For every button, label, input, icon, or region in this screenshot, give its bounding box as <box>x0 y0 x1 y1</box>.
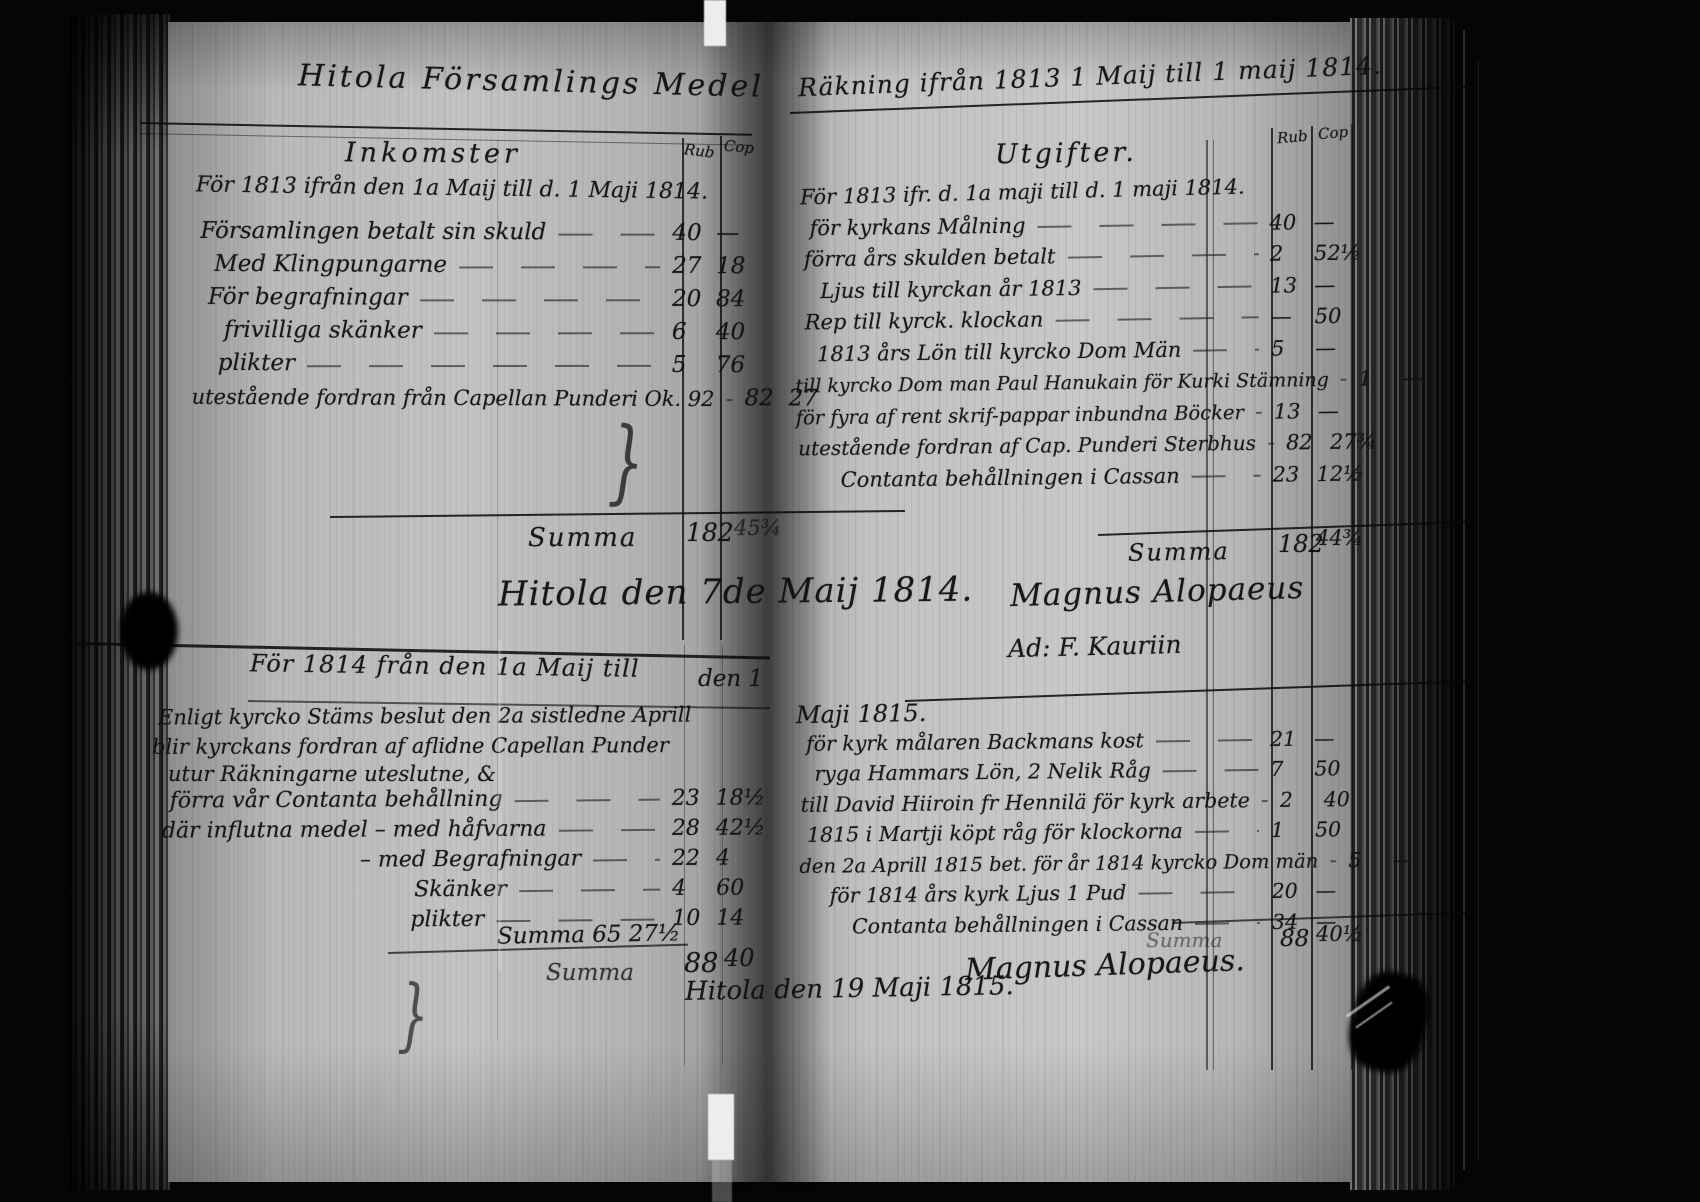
paper-fold-highlight <box>498 640 501 970</box>
entry-rubles: 13 <box>1268 399 1312 424</box>
entry-rubles: 23 <box>666 786 710 811</box>
entry-label: förra års skulden betalt <box>804 244 1056 271</box>
period-1814-cont: den 1 <box>698 666 763 692</box>
entry-rubles: 20 <box>666 286 710 312</box>
income-summa-rubles: 182 <box>686 518 734 547</box>
signature-kauriin: Ad: F. Kauriin <box>1008 630 1182 663</box>
entry-label: ryga Hammars Lön, 2 Nelik Råg <box>814 758 1151 786</box>
entry-kopeks: 50 <box>1308 304 1360 329</box>
dash-leader <box>1067 253 1258 258</box>
kopeks-column-header-right: Cop <box>1317 123 1349 144</box>
dash-leader <box>1195 830 1259 833</box>
entry-kopeks: 84 <box>710 286 762 312</box>
entry-kopeks: — <box>1309 335 1361 360</box>
ledger-row: Skänker460 <box>162 870 762 903</box>
entry-label: För begrafningar <box>208 284 408 311</box>
entry-kopeks: 42½ <box>710 815 762 840</box>
ink-blot-left-edge <box>120 592 178 670</box>
grouping-brace-lower: } <box>397 967 430 1063</box>
entry-kopeks: 18½ <box>710 785 762 810</box>
ledger-row: utestående fordran från Capellan Punderi… <box>178 376 762 412</box>
rubles-column-header-left: Rub <box>683 140 716 162</box>
grouping-brace-upper: } <box>607 407 645 517</box>
dash-leader <box>727 399 733 401</box>
film-sprocket-bottom <box>708 1094 734 1160</box>
ledger-row: Församlingen betalt sin skuld40— <box>178 211 762 247</box>
entry-label: för kyrkans Målning <box>809 213 1025 240</box>
entry-label: för 1814 års kyrk Ljus 1 Pud <box>830 880 1127 907</box>
entry-rubles: 82 <box>1280 430 1324 455</box>
income-rows-1814: förra vår Contanta behållning2318½där in… <box>162 780 763 933</box>
film-streak <box>1463 30 1465 1170</box>
entry-rubles: 82 <box>738 385 782 411</box>
rubles-column-header-right: Rub <box>1276 127 1308 148</box>
entry-kopeks: 14 <box>710 905 762 930</box>
dateline-1815: Hitola den 19 Maji 1815. <box>685 971 1014 1007</box>
expenses-heading: Utgifter. <box>995 137 1137 170</box>
entry-rubles: 4 <box>666 876 710 901</box>
note-line-2: blir kyrckans fordran af aflidne Capella… <box>152 733 669 759</box>
entry-kopeks: — <box>1307 209 1359 234</box>
entry-label: plikter <box>410 907 484 932</box>
entry-kopeks: — <box>710 220 762 246</box>
dash-leader <box>1268 443 1274 445</box>
dash-leader <box>519 889 660 892</box>
film-streak <box>1478 60 1479 1160</box>
expense-rows-1815: för kyrk målaren Backmans kost21—ryga Ha… <box>794 719 1362 938</box>
expenses-summa-label: Summa <box>1128 537 1230 567</box>
entry-label: förra vår Contanta behållning <box>170 787 503 814</box>
entry-rubles: 40 <box>1263 210 1307 235</box>
entry-label: Skänker <box>414 877 507 902</box>
entry-rubles: 2 <box>1264 241 1308 266</box>
income-heading: Inkomster <box>345 137 521 170</box>
ledger-row: – med Begrafningar224 <box>162 840 762 873</box>
dash-leader <box>1330 860 1336 862</box>
entry-label: plikter <box>218 350 295 376</box>
entry-kopeks: — <box>1386 847 1438 872</box>
entry-label: frivilliga skänker <box>224 317 422 344</box>
entry-rubles: 6 <box>666 319 710 345</box>
ledger-row: För begrafningar2084 <box>178 277 762 313</box>
entry-label: utestående fordran från Capellan Punderi… <box>192 385 715 411</box>
entry-kopeks: 76 <box>710 352 762 378</box>
income-rows-1813: Församlingen betalt sin skuld40—Med Klin… <box>178 211 763 412</box>
entry-label: Contanta behållningen i Cassan <box>840 463 1179 491</box>
entry-rubles: — <box>1265 304 1309 329</box>
income-summa-kopeks-1814: 40 <box>724 944 755 972</box>
ledger-row: Med Klingpungarne2718 <box>178 244 762 280</box>
entry-label: – med Begrafningar <box>360 846 581 872</box>
kopeks-column-header-left: Cop <box>723 137 755 158</box>
entry-rubles: 23 <box>1266 462 1310 487</box>
entry-label: Ljus till kyrckan år 1813 <box>820 275 1081 302</box>
entry-label: Församlingen betalt sin skuld <box>200 218 546 246</box>
dash-leader <box>420 299 660 301</box>
entry-rubles: 21 <box>1264 726 1308 750</box>
dateline-1814: Hitola den 7de Maij 1814. <box>498 570 974 615</box>
expenses-summa-kopeks-1815: 40½ <box>1316 922 1363 946</box>
entry-kopeks: 40 <box>1318 786 1370 811</box>
entry-kopeks: 18 <box>710 253 762 279</box>
entry-rubles: 40 <box>666 220 710 246</box>
dash-leader <box>1256 411 1262 413</box>
entry-kopeks: 52½ <box>1308 241 1360 266</box>
entry-rubles: 2 <box>1274 787 1318 811</box>
dash-leader <box>307 365 660 367</box>
entry-label: Rep till kyrck. klockan <box>805 307 1044 334</box>
entry-rubles: 20 <box>1266 879 1310 903</box>
entry-kopeks: 27¾ <box>1324 429 1376 454</box>
entry-label: Contanta behållningen i Cassan <box>852 910 1183 937</box>
entry-label: där influtna medel – med håfvarna <box>162 817 547 844</box>
entry-label: för kyrk målaren Backmans kost <box>806 728 1144 756</box>
entry-rubles: 22 <box>666 846 710 871</box>
dash-leader <box>1192 474 1261 477</box>
dash-leader <box>1037 222 1257 228</box>
entry-kopeks: — <box>1312 398 1364 423</box>
film-sprocket-bottom-tail <box>712 1160 732 1202</box>
entry-kopeks: — <box>1308 726 1360 751</box>
period-1814: För 1814 från den 1a Maij till <box>250 649 640 682</box>
expenses-summa-rubles-1815: 88 <box>1280 926 1309 952</box>
income-summa-kopeks: 45¾ <box>734 516 781 540</box>
dash-leader <box>1156 738 1258 742</box>
dash-leader <box>558 234 660 236</box>
entry-rubles: 5 <box>1265 336 1309 361</box>
entry-kopeks: — <box>1310 878 1362 903</box>
entry-rubles: 28 <box>666 816 710 841</box>
dash-leader <box>1055 316 1258 322</box>
ledger-row: plikter576 <box>178 343 762 379</box>
entry-kopeks: 60 <box>710 875 762 900</box>
dash-leader <box>459 266 660 268</box>
dash-leader <box>1138 891 1259 895</box>
entry-kopeks: 50 <box>1309 817 1361 842</box>
ledger-row: frivilliga skänker640 <box>178 310 762 346</box>
entry-kopeks: 40 <box>710 319 762 345</box>
dash-leader <box>593 859 660 862</box>
dash-leader <box>1262 799 1268 801</box>
entry-kopeks: — <box>1397 365 1449 390</box>
income-summa-rubles-1814: 88 <box>684 948 718 979</box>
ledger-row: där influtna medel – med håfvarna2842½ <box>162 810 762 843</box>
entry-rubles: 1 <box>1265 818 1309 842</box>
ledger-row: förra vår Contanta behållning2318½ <box>162 780 762 813</box>
entry-rubles: 5 <box>1342 847 1386 871</box>
entry-rubles: 7 <box>1264 757 1308 781</box>
entry-kopeks: 12½ <box>1310 461 1362 486</box>
dash-leader <box>515 799 660 803</box>
note-line-1: Enligt kyrcko Stäms beslut den 2a sistle… <box>158 703 691 730</box>
entry-rubles: 5 <box>666 352 710 378</box>
expenses-summa-kopeks: 44¾ <box>1316 526 1363 550</box>
entry-rubles: 13 <box>1264 273 1308 298</box>
dash-leader <box>1341 379 1347 381</box>
dash-leader <box>1163 769 1259 773</box>
entry-kopeks: 4 <box>710 845 762 870</box>
income-summa-label-1814: Summa <box>546 960 634 986</box>
ledger-photo-frame: Hitola Församlings Medel Räkning ifrån 1… <box>0 0 1700 1202</box>
dash-leader <box>558 829 659 832</box>
dash-leader <box>434 332 660 334</box>
entry-rubles: 27 <box>666 253 710 279</box>
entry-kopeks: 50 <box>1308 756 1360 781</box>
entry-label: Med Klingpungarne <box>214 251 447 278</box>
film-sprocket-top <box>704 0 726 46</box>
dash-leader <box>1093 285 1258 290</box>
entry-rubles: 1 <box>1353 366 1397 391</box>
dash-leader <box>1193 348 1259 351</box>
entry-kopeks: — <box>1308 272 1360 297</box>
expense-rows-1813: för kyrkans Målning40—förra års skulden … <box>793 202 1362 492</box>
income-summa-label: Summa <box>528 523 637 553</box>
